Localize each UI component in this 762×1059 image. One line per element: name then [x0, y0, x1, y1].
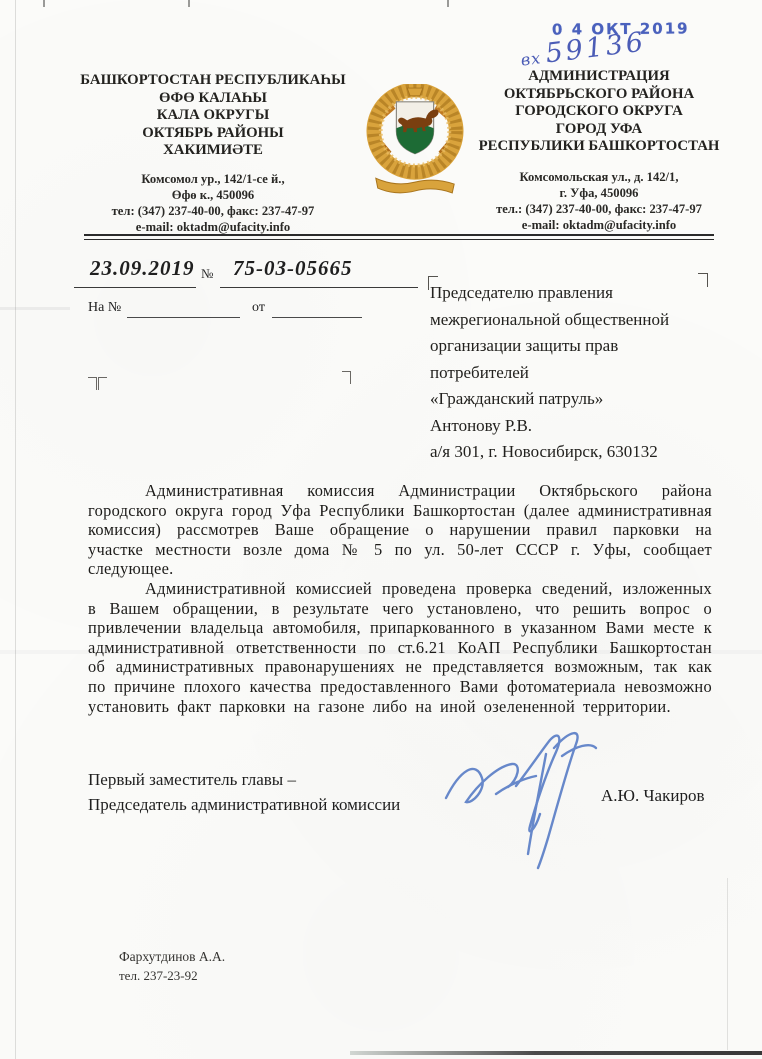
date-underline	[74, 287, 196, 288]
letter-number: 75-03-05665	[233, 256, 353, 281]
org-address-line: тел: (347) 237-40-00, факс: 237-47-97	[60, 203, 366, 219]
executor-block: Фархутдинов А.А. тел. 237-23-92	[119, 947, 225, 985]
number-underline	[220, 287, 418, 288]
org-address-line: г. Уфа, 450096	[446, 185, 752, 201]
registration-tick	[43, 0, 45, 7]
letter-date: 23.09.2019	[90, 256, 195, 281]
reply-date-blank	[272, 317, 362, 318]
addressee-line: организации защиты прав	[430, 333, 712, 360]
addressee-line: «Гражданский патруль»	[430, 386, 712, 413]
addressee-line: а/я 301, г. Новосибирск, 630132	[430, 439, 712, 466]
scan-fold-line-right	[727, 878, 728, 1050]
addressee-line: потребителей	[430, 360, 712, 387]
reply-number-blank	[127, 317, 240, 318]
org-address-line: e-mail: oktadm@ufacity.info	[446, 217, 752, 233]
org-address-line: Комсомол ур., 142/1-се й.,	[60, 171, 366, 187]
zone-mark	[98, 377, 107, 390]
org-address-line: Өфө к., 450096	[60, 187, 366, 203]
org-name-line: ГОРОДСКОГО ОКРУГА	[446, 103, 752, 121]
zone-mark	[342, 371, 351, 384]
handwritten-prefix: вх	[520, 48, 543, 69]
org-address-line: Комсомольская ул., д. 142/1,	[446, 169, 752, 185]
letterhead-bashkir: БАШКОРТОСТАН РЕСПУБЛИКАҺЫ ӨФӨ КАЛАҺЫ КАЛ…	[60, 72, 366, 235]
registration-tick	[447, 0, 449, 7]
handwritten-incoming-number: вх 59136	[519, 26, 648, 72]
signer-name: А.Ю. Чакиров	[601, 786, 704, 806]
letter-body: Административная комиссия Администрации …	[88, 481, 712, 716]
scanned-letter-page: 0 4 ОКТ 2019 вх 59136 БАШКОРТОСТАН РЕСПУ…	[0, 0, 762, 1059]
body-paragraph-1: Административная комиссия Администрации …	[88, 481, 712, 579]
letterhead-divider	[84, 234, 714, 240]
org-name-line: ӨФӨ КАЛАҺЫ	[60, 90, 366, 108]
signer-position-line: Председатель административной комиссии	[88, 793, 400, 818]
signer-position: Первый заместитель главы – Председатель …	[88, 768, 400, 817]
number-sign: №	[201, 266, 213, 282]
org-address-line: тел.: (347) 237-40-00, факс: 237-47-97	[446, 201, 752, 217]
org-name-line: ОКТЯБРЬ РАЙОНЫ	[60, 125, 366, 143]
org-name-line: ХАКИМИӘТЕ	[60, 142, 366, 160]
addressee-block: Председателю правления межрегиональной о…	[430, 280, 712, 466]
handwritten-signature	[438, 726, 614, 872]
org-name-line: АДМИНИСТРАЦИЯ	[446, 68, 752, 86]
executor-phone: тел. 237-23-92	[119, 966, 225, 985]
org-name-line: КАЛА ОКРУГЫ	[60, 107, 366, 125]
letterhead-russian: АДМИНИСТРАЦИЯ ОКТЯБРЬСКОГО РАЙОНА ГОРОДС…	[446, 68, 752, 233]
org-name-line: РЕСПУБЛИКИ БАШКОРТОСТАН	[446, 138, 752, 156]
from-label: от	[252, 300, 265, 316]
paper-crease	[0, 307, 70, 310]
body-paragraph-2: Административной комиссией проведена про…	[88, 579, 712, 716]
addressee-line: Антонову Р.В.	[430, 413, 712, 440]
org-name-line: БАШКОРТОСТАН РЕСПУБЛИКАҺЫ	[60, 72, 366, 90]
reply-to-label: На №	[88, 300, 121, 316]
org-address-line: e-mail: oktadm@ufacity.info	[60, 219, 366, 235]
zone-mark	[88, 377, 97, 390]
org-name-line: ОКТЯБРЬСКОГО РАЙОНА	[446, 86, 752, 104]
addressee-line: межрегиональной общественной	[430, 307, 712, 334]
addressee-line: Председателю правления	[430, 280, 712, 307]
executor-name: Фархутдинов А.А.	[119, 947, 225, 966]
org-name-line: ГОРОД УФА	[446, 121, 752, 139]
scan-fold-line-left	[15, 0, 16, 1059]
scan-edge-shadow	[350, 1051, 762, 1055]
registration-tick	[188, 0, 190, 7]
signer-position-line: Первый заместитель главы –	[88, 768, 400, 793]
